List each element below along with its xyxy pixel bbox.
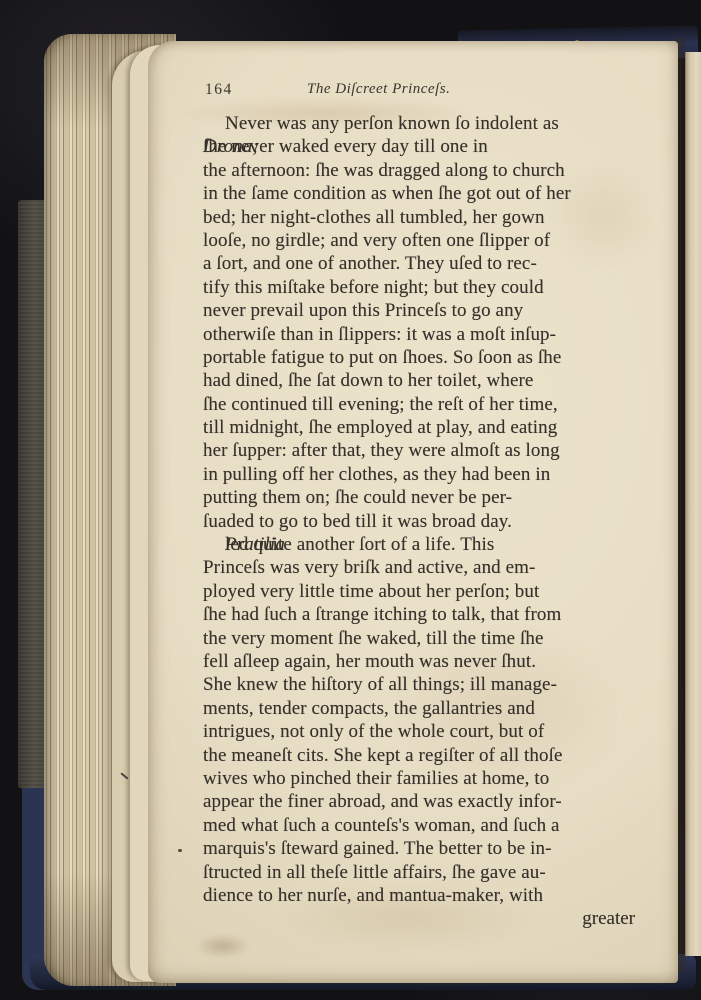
text-line: marquis's ſteward gained. The better to … [203, 837, 635, 860]
text-line: otherwiſe than in ſlippers: it was a moſ… [203, 323, 635, 346]
body-text-segment: led quite another ſort of a life. This [225, 533, 494, 556]
text-line: in pulling off her clothes, as they had … [203, 463, 635, 486]
body-text-segment: a ſort, and one of another. They uſed to… [203, 252, 537, 275]
facing-page-edge [685, 52, 701, 956]
body-text-segment: otherwiſe than in ſlippers: it was a moſ… [203, 323, 556, 346]
body-text-segment: looſe, no girdle; and very often one ſli… [203, 229, 550, 252]
body-text-segment: tify this miſtake before night; but they… [203, 276, 544, 299]
body-text-segment: intrigues, not only of the whole court, … [203, 720, 544, 743]
body-text-segment: ſhe continued till evening; the reſt of … [203, 393, 558, 416]
body-text-segment: her ſupper: after that, they were almoſt… [203, 439, 560, 462]
body-text-segment: ments, tender compacts, the gallantries … [203, 697, 535, 720]
text-line: Drona; ſhe never waked every day till on… [203, 135, 635, 158]
text-line: Princeſs was very briſk and active, and … [203, 556, 635, 579]
text-line: intrigues, not only of the whole court, … [203, 720, 635, 743]
body-text-segment: Never was any perſon known ſo indolent a… [225, 112, 559, 135]
paragraph: Never was any perſon known ſo indolent a… [203, 112, 635, 533]
body-text-segment: in pulling off her clothes, as they had … [203, 463, 550, 486]
text-line: ployed very little time about her perſon… [203, 580, 635, 603]
body-text-segment: med what ſuch a counteſs's woman, and ſu… [203, 814, 560, 837]
body-text-segment: bed; her night-clothes all tumbled, her … [203, 206, 545, 229]
body-text-segment: ſtructed in all theſe little affairs, ſh… [203, 861, 546, 884]
text-line: med what ſuch a counteſs's woman, and ſu… [203, 814, 635, 837]
text-line: Never was any perſon known ſo indolent a… [203, 112, 635, 135]
body-text-segment: ſuaded to go to bed till it was broad da… [203, 510, 512, 533]
text-line: portable fatigue to put on ſhoes. So ſoo… [203, 346, 635, 369]
page-header: 164 The Diſcreet Princeſs. [203, 81, 635, 103]
text-line: looſe, no girdle; and very often one ſli… [203, 229, 635, 252]
text-line: a ſort, and one of another. They uſed to… [203, 252, 635, 275]
text-line: in the ſame condition as when ſhe got ou… [203, 182, 635, 205]
text-line: wives who pinched their families at home… [203, 767, 635, 790]
text-line: her ſupper: after that, they were almoſt… [203, 439, 635, 462]
text-line: dience to her nurſe, and mantua-maker, w… [203, 884, 635, 907]
running-title: The Diſcreet Princeſs. [307, 81, 450, 98]
body-text-segment: ployed very little time about her perſon… [203, 580, 539, 603]
body-text-segment: in the ſame condition as when ſhe got ou… [203, 182, 571, 205]
body-text-segment: till midnight, ſhe employed at play, and… [203, 416, 557, 439]
text-line: She knew the hiſtory of all things; ill … [203, 673, 635, 696]
text-line: till midnight, ſhe employed at play, and… [203, 416, 635, 439]
margin-mark [178, 849, 182, 852]
catchword: greater [203, 907, 635, 930]
body-text-segment: fell aſleep again, her mouth was never ſ… [203, 650, 536, 673]
paragraph: Pratilia led quite another ſort of a lif… [203, 533, 635, 907]
body-text-segment: marquis's ſteward gained. The better to … [203, 837, 552, 860]
body-text-segment: Princeſs was very briſk and active, and … [203, 556, 535, 579]
text-line: the very moment ſhe waked, till the time… [203, 627, 635, 650]
text-line: putting them on; ſhe could never be per- [203, 486, 635, 509]
body-text-segment: portable fatigue to put on ſhoes. So ſoo… [203, 346, 561, 369]
body-text-segment: dience to her nurſe, and mantua-maker, w… [203, 884, 543, 907]
text-line: ments, tender compacts, the gallantries … [203, 697, 635, 720]
text-line: ſuaded to go to bed till it was broad da… [203, 510, 635, 533]
page-stain [196, 934, 250, 958]
body-text-segment: never prevail upon this Princeſs to go a… [203, 299, 523, 322]
body-text-segment: ſhe had ſuch a ſtrange itching to talk, … [203, 603, 561, 626]
body-text-segment: ſhe never waked every day till one in [203, 135, 488, 158]
body-text-segment: wives who pinched their families at home… [203, 767, 549, 790]
book-scan-photo: 164 The Diſcreet Princeſs. Never was any… [0, 0, 701, 1000]
text-line: bed; her night-clothes all tumbled, her … [203, 206, 635, 229]
text-line: the afternoon: ſhe was dragged along to … [203, 159, 635, 182]
text-line: appear the finer abroad, and was exactly… [203, 790, 635, 813]
text-line: had dined, ſhe ſat down to her toilet, w… [203, 369, 635, 392]
text-line: tify this miſtake before night; but they… [203, 276, 635, 299]
body-text-segment: had dined, ſhe ſat down to her toilet, w… [203, 369, 533, 392]
body-text-segment: She knew the hiſtory of all things; ill … [203, 673, 557, 696]
text-line: fell aſleep again, her mouth was never ſ… [203, 650, 635, 673]
body-text-segment: putting them on; ſhe could never be per- [203, 486, 512, 509]
body-text-segment: appear the finer abroad, and was exactly… [203, 790, 562, 813]
body-text: Never was any perſon known ſo indolent a… [203, 112, 635, 931]
text-line: Pratilia led quite another ſort of a lif… [203, 533, 635, 556]
text-line: never prevail upon this Princeſs to go a… [203, 299, 635, 322]
book-page: 164 The Diſcreet Princeſs. Never was any… [148, 41, 678, 983]
body-text-segment: the afternoon: ſhe was dragged along to … [203, 159, 565, 182]
text-line: ſhe continued till evening; the reſt of … [203, 393, 635, 416]
page-number: 164 [205, 81, 233, 99]
text-line: the meaneſt cits. She kept a regiſter of… [203, 744, 635, 767]
text-line: ſhe had ſuch a ſtrange itching to talk, … [203, 603, 635, 626]
text-line: ſtructed in all theſe little affairs, ſh… [203, 861, 635, 884]
body-text-segment: the meaneſt cits. She kept a regiſter of… [203, 744, 563, 767]
body-text-segment: the very moment ſhe waked, till the time… [203, 627, 544, 650]
